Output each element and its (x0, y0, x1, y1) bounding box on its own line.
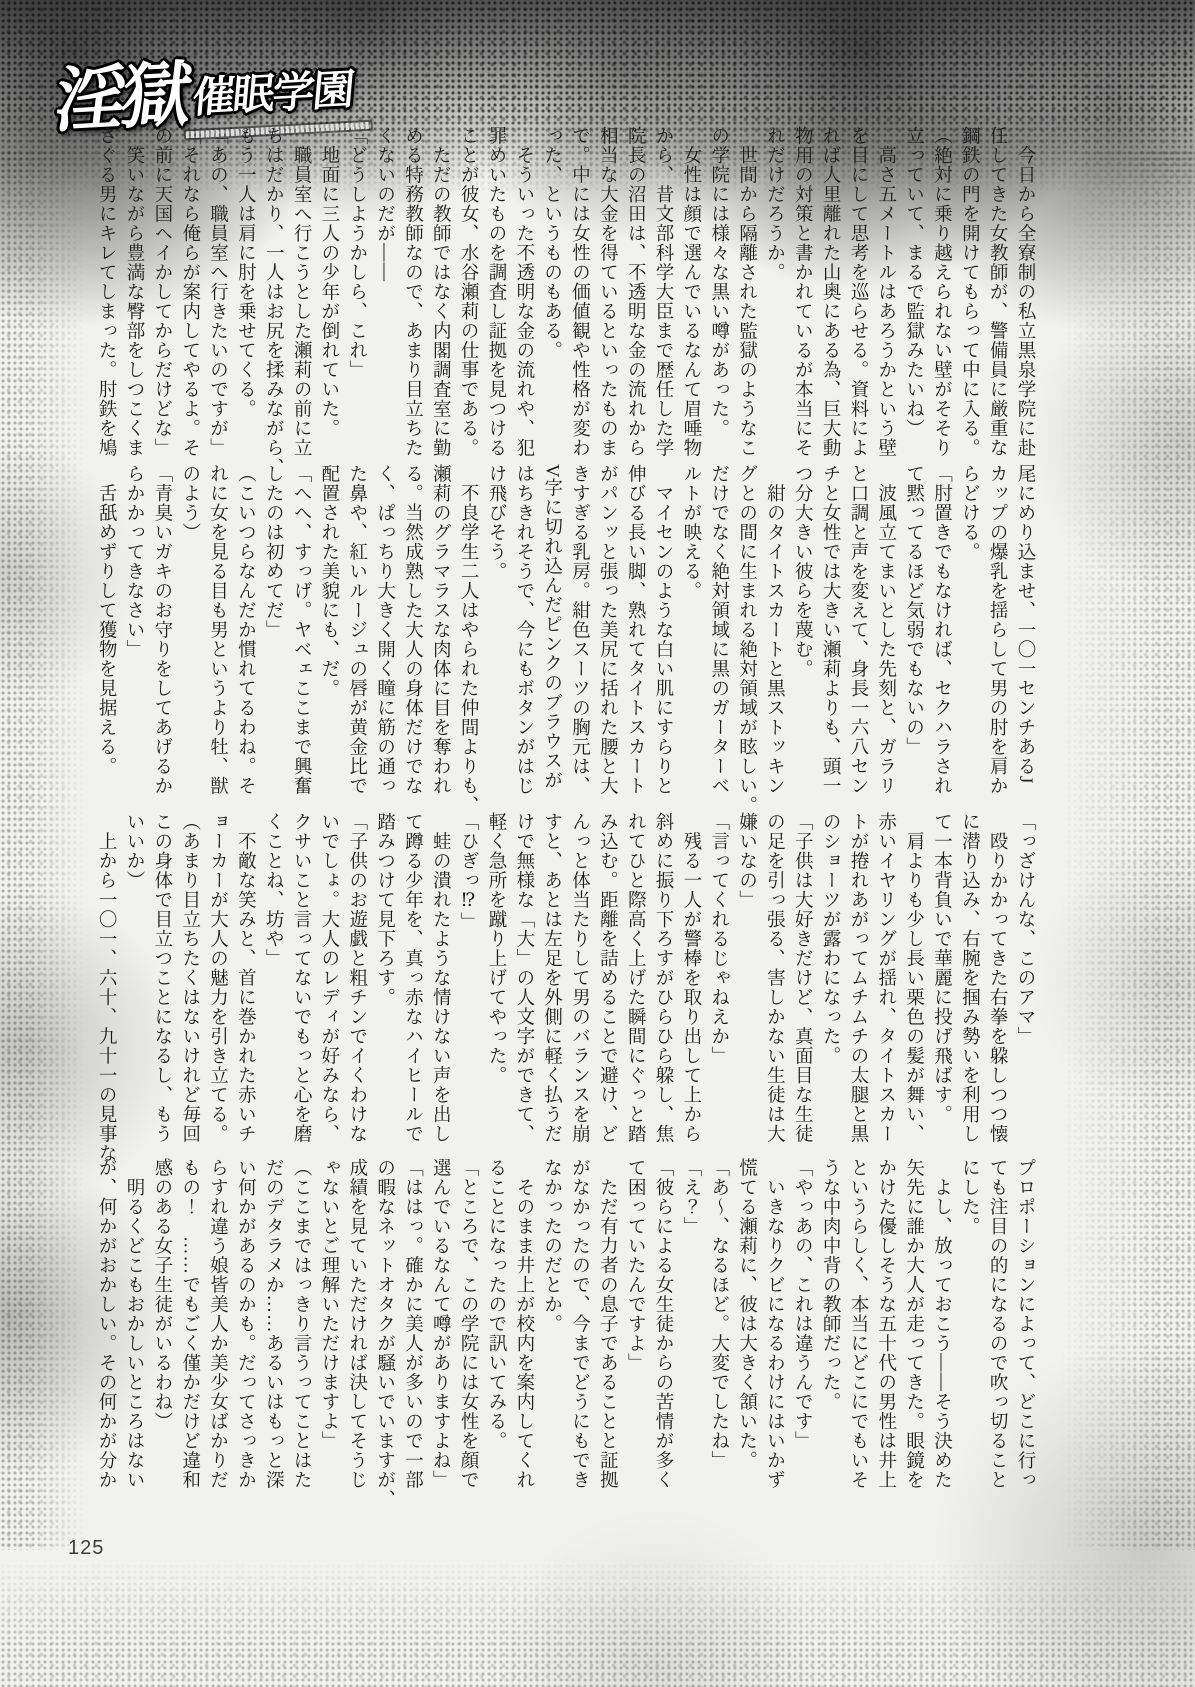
halftone-dots-bottom (0, 1557, 1195, 1687)
halftone-dots-right (1060, 150, 1195, 1550)
vertical-text-band-4: プロポーションによって、どこに行っ ても注目の的になるので吹っ切ること にした。… (90, 1158, 1038, 1530)
series-logo-sub-title: 催眠学園 (191, 69, 354, 120)
halftone-dots-left (0, 150, 85, 1550)
page-number: 125 (68, 1537, 104, 1560)
vertical-text-band-1: 今日から全寮制の私立黒泉学院に赴 任してきた女教師が、警備員に厳重な 鋼鉄の門を… (90, 126, 1038, 498)
vertical-text-band-2: 尾にめり込ませ、一〇一センチあるJ カップの爆乳を揺らして男の肘を肩か らどける… (90, 464, 1038, 836)
novel-page: 淫獄催眠学園 今日から全寮制の私立黒泉学院に赴 任してきた女教師が、警備員に厳重… (0, 0, 1195, 1687)
vertical-text-band-3: 「っざけんな、このアマ」 殴りかかってきた右拳を躱しつつ懐 に潜り込み、右腕を掴… (90, 812, 1038, 1184)
series-logo-main-title: 淫獄 (52, 59, 192, 136)
